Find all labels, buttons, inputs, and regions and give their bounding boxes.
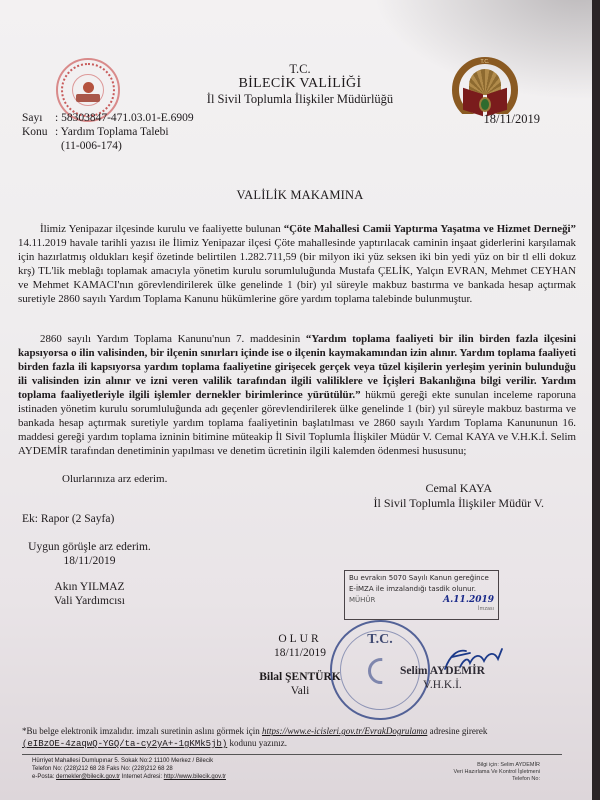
e-document-notice: *Bu belge elektronik imzalıdır. imzalı s… — [22, 725, 487, 750]
esignature-certification-stamp: Bu evrakın 5070 Sayılı Kanun gereğince E… — [344, 570, 499, 620]
deputy-title: Vali Yardımcısı — [22, 594, 157, 608]
document-number: Sayı: 58303847-471.03.01-E.6909 — [22, 112, 194, 124]
seal-label: MÜHÜR — [349, 595, 375, 606]
deputy-name: Akın YILMAZ — [22, 580, 157, 594]
footer-contact: Hürriyet Mahallesi Dumlupınar 5. Sokak N… — [32, 757, 226, 781]
deputy-governor-block: Uygun görüşle arz ederim. 18/11/2019 Akı… — [22, 540, 157, 608]
footer-email-link[interactable]: dernekler@bilecik.gov.tr — [56, 774, 120, 780]
paragraph-request: İlimiz Yenipazar ilçesinde kurulu ve faa… — [18, 222, 576, 306]
header-state: T.C. — [150, 62, 450, 77]
verification-link[interactable]: https://www.e-icisleri.gov.tr/EvrakDogru… — [262, 726, 427, 736]
sign-label: İmzası — [349, 606, 494, 612]
footer-web-link[interactable]: http://www.bilecik.gov.tr — [164, 774, 226, 780]
footer-info: Bilgi için: Selim AYDEMİR Veri Hazırlama… — [453, 762, 540, 783]
header-department: İl Sivil Toplumla İlişkiler Müdürlüğü — [150, 92, 450, 107]
document-date: 18/11/2019 — [484, 112, 540, 127]
signer-director: Cemal KAYA İl Sivil Toplumla İlişkiler M… — [373, 481, 544, 511]
signer-director-title: İl Sivil Toplumla İlişkiler Müdür V. — [373, 496, 544, 511]
signer-director-name: Cemal KAYA — [373, 481, 544, 496]
subject-code: (11-006-174) — [61, 140, 122, 152]
signer-officer-title: V.H.K.İ. — [400, 678, 485, 692]
document-page: T.C. BİLECİK VALİLİĞİ İl Sivil Toplumla … — [0, 0, 592, 800]
number-value: : 58303847-471.03.01-E.6909 — [55, 112, 194, 124]
signer-officer: Selim AYDEMİR V.H.K.İ. — [400, 664, 485, 692]
header-organization: BİLECİK VALİLİĞİ — [150, 76, 450, 92]
footer-phone: Telefon No: (228)212 68 28 Faks No: (228… — [32, 765, 226, 773]
attachment-note: Ek: Rapor (2 Sayfa) — [22, 513, 114, 525]
subject-label: Konu — [22, 126, 55, 138]
signer-officer-name: Selim AYDEMİR — [400, 664, 485, 678]
association-name: “Çöte Mahallesi Camii Yaptırma Yaşatma v… — [284, 223, 576, 235]
footer-address: Hürriyet Mahallesi Dumlupınar 5. Sokak N… — [32, 757, 226, 765]
handwritten-date: A.11.2019 — [443, 595, 494, 606]
seal-text: T.C. — [332, 632, 428, 648]
addressee: VALİLİK MAKAMINA — [0, 188, 592, 203]
document-subject: Konu: Yardım Toplama Talebi — [22, 126, 169, 138]
paragraph-legal-basis: 2860 sayılı Yardım Toplama Kanunu'nun 7.… — [18, 332, 576, 458]
governorship-emblem-logo: T.C. — [452, 57, 518, 117]
deputy-date: 18/11/2019 — [22, 554, 157, 568]
footer-divider — [22, 754, 562, 755]
verification-code: (eIBzOE-4zaqwQ-YGQ/ta-cy2yA+-1gKMk5jb) — [22, 739, 227, 749]
number-label: Sayı — [22, 112, 55, 124]
subject-value: : Yardım Toplama Talebi — [55, 126, 169, 138]
closing-request: Olurlarınıza arz ederim. — [62, 473, 167, 485]
deputy-opinion: Uygun görüşle arz ederim. — [22, 540, 157, 554]
